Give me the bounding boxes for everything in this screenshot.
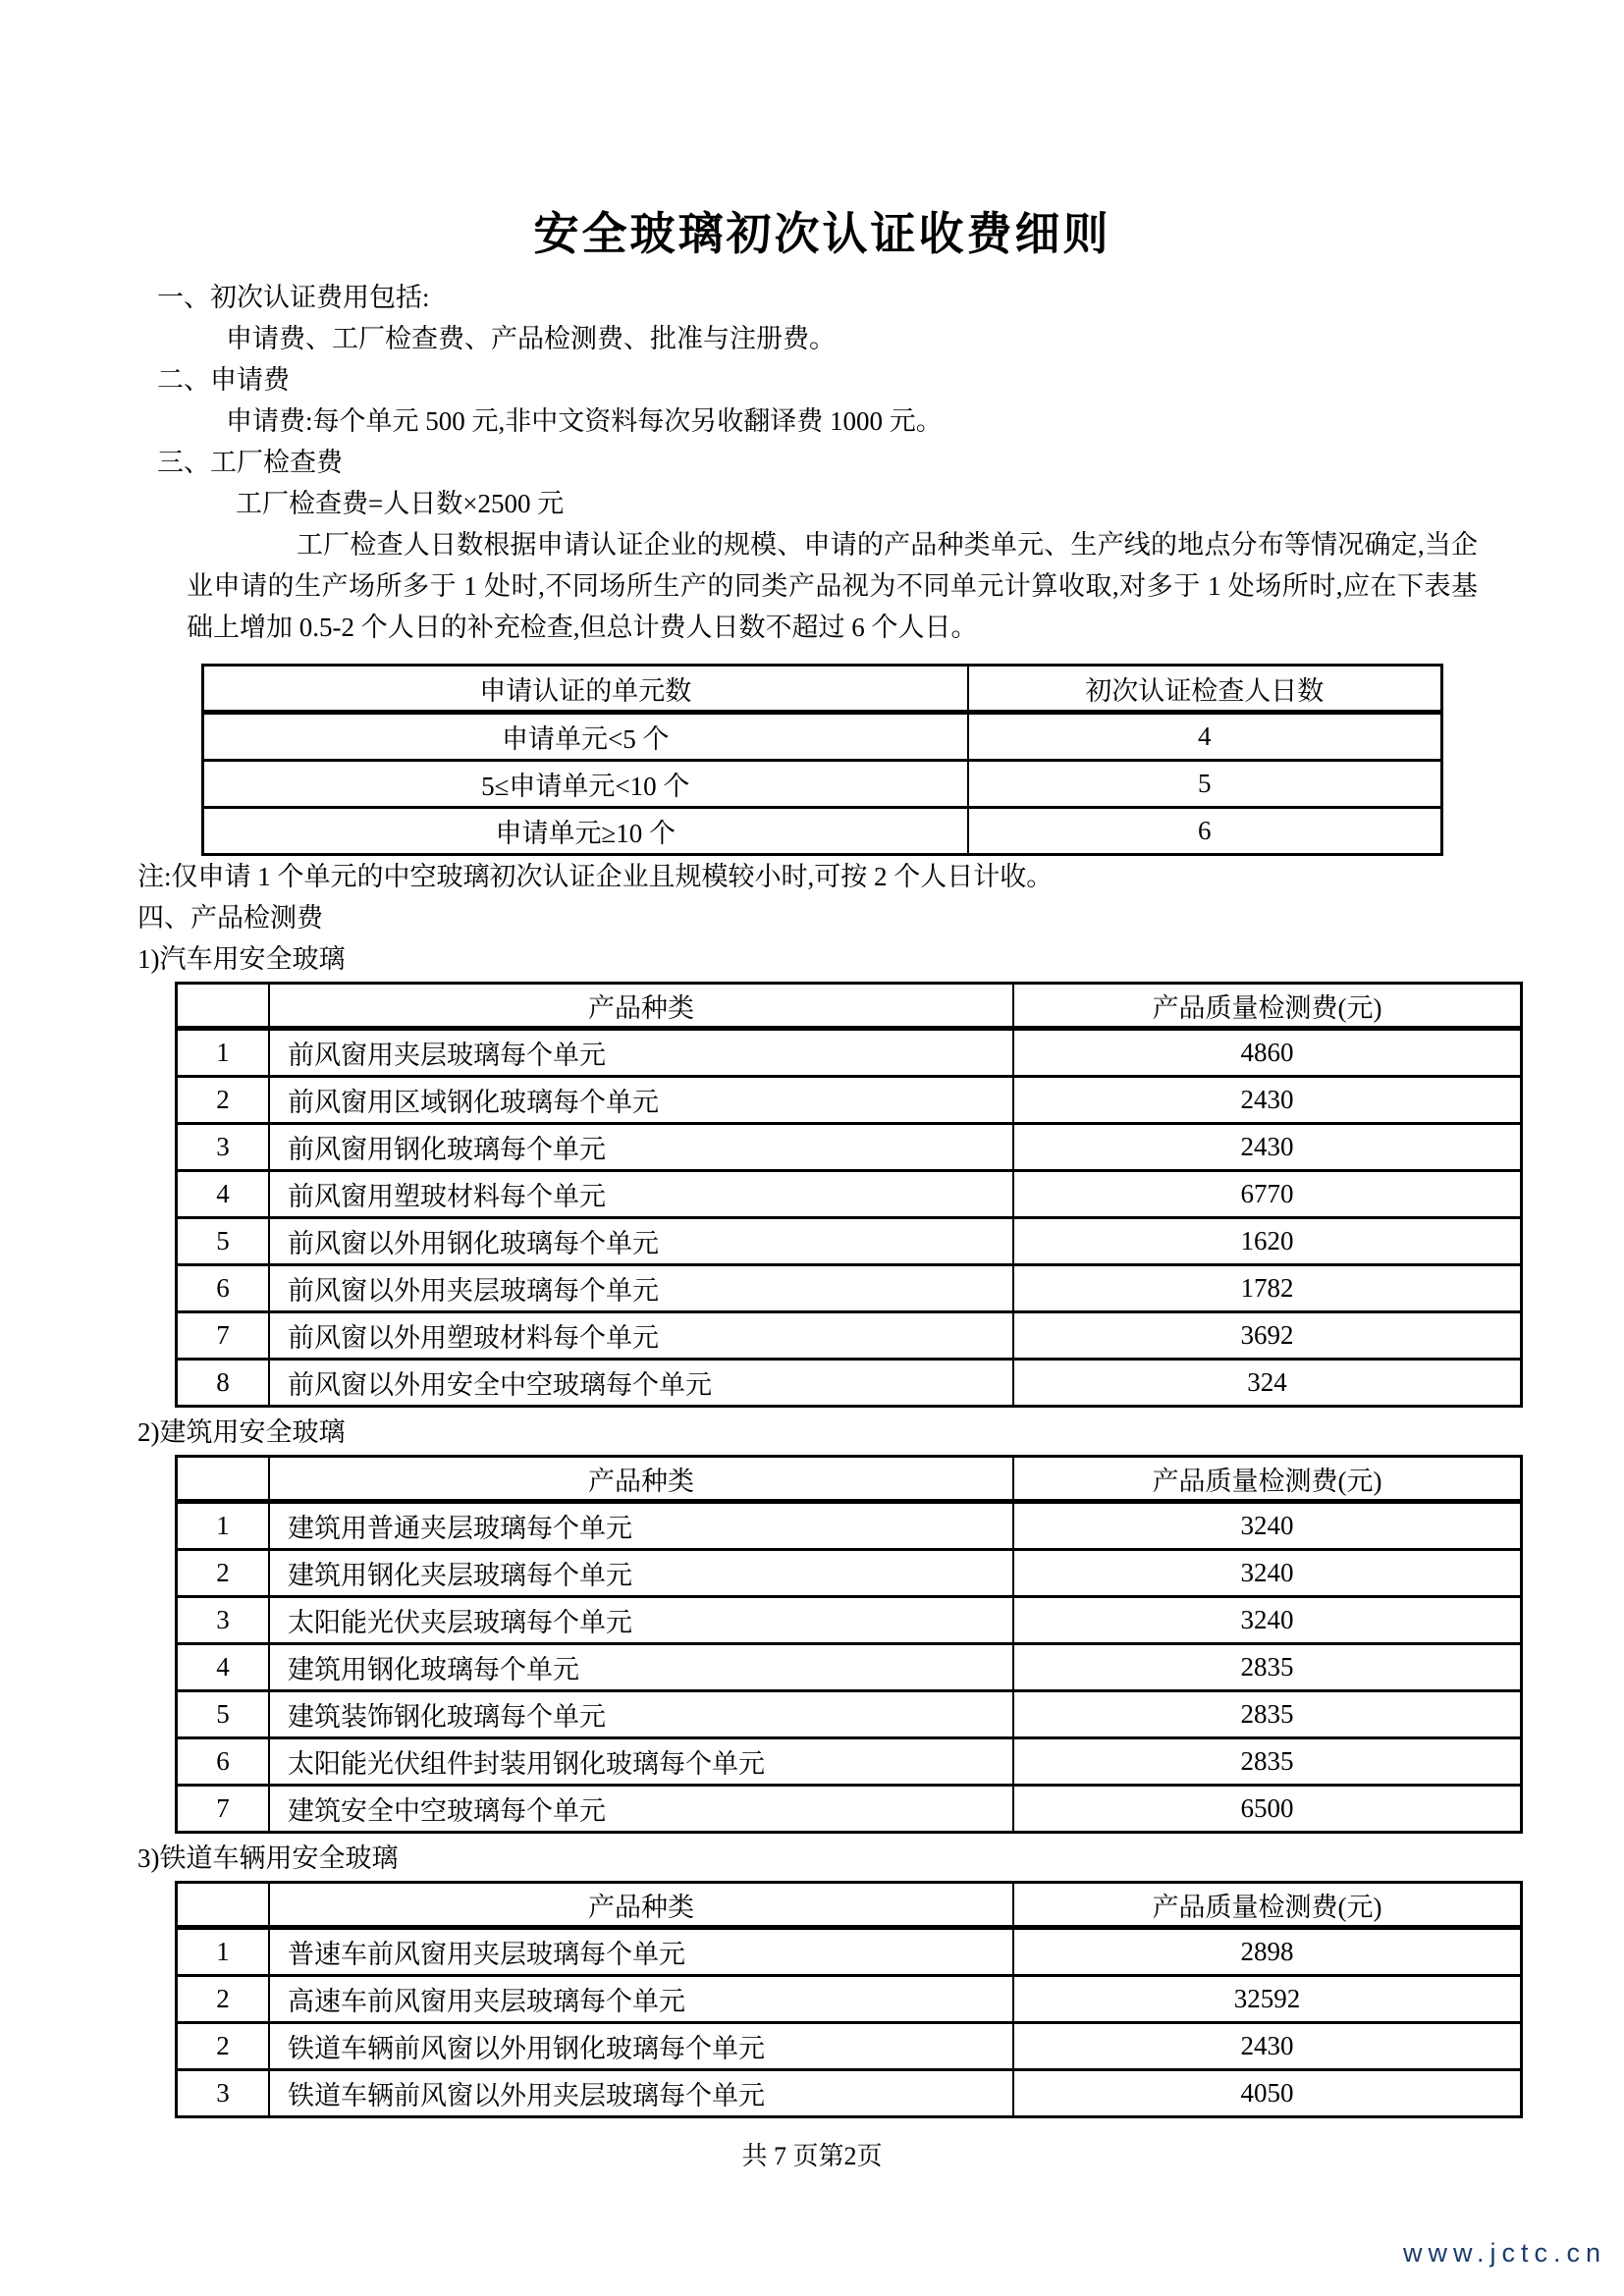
fee-column-header: 产品质量检测费(元) [1013, 1883, 1522, 1928]
table-row: 2 铁道车辆前风窗以外用钢化玻璃每个单元 2430 [177, 2023, 1522, 2070]
fee-cell: 32592 [1013, 1976, 1522, 2023]
table-row: 4 前风窗用塑玻材料每个单元 6770 [177, 1171, 1522, 1218]
row-number-cell: 4 [177, 1171, 270, 1218]
row-number-cell: 8 [177, 1360, 270, 1407]
factory-fee-formula: 工厂检查费=人日数×2500 元 [236, 483, 1478, 524]
table-row: 1 前风窗用夹层玻璃每个单元 4860 [177, 1029, 1522, 1077]
table-row: 2 建筑用钢化夹层玻璃每个单元 3240 [177, 1550, 1522, 1597]
table-row: 2 高速车前风窗用夹层玻璃每个单元 32592 [177, 1976, 1522, 2023]
row-number-cell: 5 [177, 1218, 270, 1265]
table-row: 1 建筑用普通夹层玻璃每个单元 3240 [177, 1502, 1522, 1550]
fee-cell: 2835 [1013, 1644, 1522, 1691]
section-3-heading: 三、工厂检查费 [157, 442, 1478, 483]
fee-cell: 2430 [1013, 1124, 1522, 1171]
row-number-cell: 6 [177, 1265, 270, 1312]
product-column-header: 产品种类 [269, 1457, 1013, 1502]
row-number-cell: 4 [177, 1644, 270, 1691]
table-row: 2 前风窗用区域钢化玻璃每个单元 2430 [177, 1077, 1522, 1124]
table-row: 7 前风窗以外用塑玻材料每个单元 3692 [177, 1312, 1522, 1360]
product-cell: 建筑安全中空玻璃每个单元 [269, 1786, 1013, 1833]
table-row: 8 前风窗以外用安全中空玻璃每个单元 324 [177, 1360, 1522, 1407]
row-number-cell: 1 [177, 1029, 270, 1077]
section-1-heading: 一、初次认证费用包括: [157, 277, 1478, 318]
fee-cell: 2898 [1013, 1928, 1522, 1976]
fee-cell: 2430 [1013, 1077, 1522, 1124]
page-title: 安全玻璃初次认证收费细则 [167, 208, 1478, 259]
fee-cell: 324 [1013, 1360, 1522, 1407]
row-number-cell: 5 [177, 1691, 270, 1738]
website-watermark: www.jctc.cn [1403, 2238, 1606, 2269]
product-cell: 前风窗以外用钢化玻璃每个单元 [269, 1218, 1013, 1265]
row-number-cell: 7 [177, 1312, 270, 1360]
table-row: 5 前风窗以外用钢化玻璃每个单元 1620 [177, 1218, 1522, 1265]
table-header-row: 产品种类 产品质量检测费(元) [177, 1457, 1522, 1502]
row-number-cell: 2 [177, 1550, 270, 1597]
product-cell: 前风窗用区域钢化玻璃每个单元 [269, 1077, 1013, 1124]
row-number-column-header [177, 1883, 270, 1928]
product-cell: 建筑用钢化夹层玻璃每个单元 [269, 1550, 1013, 1597]
fee-cell: 6770 [1013, 1171, 1522, 1218]
subsection-2-heading: 2)建筑用安全玻璃 [137, 1412, 1478, 1453]
auto-glass-fee-table: 产品种类 产品质量检测费(元) 1 前风窗用夹层玻璃每个单元 4860 2 前风… [175, 982, 1523, 1408]
row-number-cell: 3 [177, 1124, 270, 1171]
product-cell: 铁道车辆前风窗以外用夹层玻璃每个单元 [269, 2070, 1013, 2117]
table-row: 申请单元≥10 个 6 [203, 808, 1442, 855]
product-cell: 普速车前风窗用夹层玻璃每个单元 [269, 1928, 1013, 1976]
inspection-days-table: 申请认证的单元数 初次认证检查人日数 申请单元<5 个 4 5≤申请单元<10 … [201, 664, 1443, 856]
row-number-column-header [177, 1457, 270, 1502]
fee-cell: 4860 [1013, 1029, 1522, 1077]
fee-cell: 3240 [1013, 1597, 1522, 1644]
document-page: 安全玻璃初次认证收费细则 一、初次认证费用包括: 申请费、工厂检查费、产品检测费… [0, 0, 1624, 2296]
product-cell: 前风窗用塑玻材料每个单元 [269, 1171, 1013, 1218]
table-header-row: 产品种类 产品质量检测费(元) [177, 1883, 1522, 1928]
days-cell: 4 [968, 713, 1442, 761]
product-cell: 前风窗用夹层玻璃每个单元 [269, 1029, 1013, 1077]
product-cell: 铁道车辆前风窗以外用钢化玻璃每个单元 [269, 2023, 1013, 2070]
product-cell: 太阳能光伏组件封装用钢化玻璃每个单元 [269, 1738, 1013, 1786]
document-content: 安全玻璃初次认证收费细则 一、初次认证费用包括: 申请费、工厂检查费、产品检测费… [0, 0, 1624, 2118]
table-header-row: 产品种类 产品质量检测费(元) [177, 984, 1522, 1029]
units-cell: 申请单元<5 个 [203, 713, 968, 761]
table-row: 6 太阳能光伏组件封装用钢化玻璃每个单元 2835 [177, 1738, 1522, 1786]
row-number-cell: 1 [177, 1928, 270, 1976]
table-row: 3 前风窗用钢化玻璃每个单元 2430 [177, 1124, 1522, 1171]
row-number-cell: 3 [177, 1597, 270, 1644]
fee-cell: 1782 [1013, 1265, 1522, 1312]
fee-cell: 4050 [1013, 2070, 1522, 2117]
section-2-text: 申请费:每个单元 500 元,非中文资料每次另收翻译费 1000 元。 [226, 400, 1478, 442]
row-number-cell: 2 [177, 2023, 270, 2070]
fee-column-header: 产品质量检测费(元) [1013, 1457, 1522, 1502]
note-text: 注:仅申请 1 个单元的中空玻璃初次认证企业且规模较小时,可按 2 个人日计收。 [137, 856, 1478, 897]
fee-cell: 2835 [1013, 1691, 1522, 1738]
product-cell: 建筑用钢化玻璃每个单元 [269, 1644, 1013, 1691]
building-glass-fee-table: 产品种类 产品质量检测费(元) 1 建筑用普通夹层玻璃每个单元 3240 2 建… [175, 1455, 1523, 1834]
units-cell: 申请单元≥10 个 [203, 808, 968, 855]
section-1-text: 申请费、工厂检查费、产品检测费、批准与注册费。 [226, 318, 1478, 359]
product-cell: 高速车前风窗用夹层玻璃每个单元 [269, 1976, 1013, 2023]
product-cell: 前风窗以外用夹层玻璃每个单元 [269, 1265, 1013, 1312]
days-cell: 5 [968, 761, 1442, 808]
fee-cell: 3240 [1013, 1550, 1522, 1597]
railway-glass-fee-table: 产品种类 产品质量检测费(元) 1 普速车前风窗用夹层玻璃每个单元 2898 2… [175, 1881, 1523, 2118]
fee-cell: 3692 [1013, 1312, 1522, 1360]
row-number-cell: 2 [177, 1077, 270, 1124]
subsection-3-heading: 3)铁道车辆用安全玻璃 [137, 1838, 1478, 1879]
units-column-header: 申请认证的单元数 [203, 666, 968, 713]
units-cell: 5≤申请单元<10 个 [203, 761, 968, 808]
table-row: 7 建筑安全中空玻璃每个单元 6500 [177, 1786, 1522, 1833]
product-cell: 建筑装饰钢化玻璃每个单元 [269, 1691, 1013, 1738]
row-number-cell: 6 [177, 1738, 270, 1786]
fee-cell: 2835 [1013, 1738, 1522, 1786]
table-row: 3 铁道车辆前风窗以外用夹层玻璃每个单元 4050 [177, 2070, 1522, 2117]
product-cell: 前风窗以外用塑玻材料每个单元 [269, 1312, 1013, 1360]
row-number-cell: 7 [177, 1786, 270, 1833]
table-header-row: 申请认证的单元数 初次认证检查人日数 [203, 666, 1442, 713]
fee-cell: 6500 [1013, 1786, 1522, 1833]
product-cell: 建筑用普通夹层玻璃每个单元 [269, 1502, 1013, 1550]
product-cell: 太阳能光伏夹层玻璃每个单元 [269, 1597, 1013, 1644]
table-row: 申请单元<5 个 4 [203, 713, 1442, 761]
table-row: 5≤申请单元<10 个 5 [203, 761, 1442, 808]
days-column-header: 初次认证检查人日数 [968, 666, 1442, 713]
row-number-column-header [177, 984, 270, 1029]
page-number-footer: 共 7 页第2页 [0, 2136, 1624, 2172]
fee-cell: 1620 [1013, 1218, 1522, 1265]
factory-inspection-paragraph: 工厂检查人日数根据申请认证企业的规模、申请的产品种类单元、生产线的地点分布等情况… [187, 524, 1478, 648]
product-column-header: 产品种类 [269, 984, 1013, 1029]
row-number-cell: 1 [177, 1502, 270, 1550]
table-row: 3 太阳能光伏夹层玻璃每个单元 3240 [177, 1597, 1522, 1644]
fee-cell: 2430 [1013, 2023, 1522, 2070]
product-column-header: 产品种类 [269, 1883, 1013, 1928]
fee-cell: 3240 [1013, 1502, 1522, 1550]
section-4-heading: 四、产品检测费 [137, 897, 1478, 938]
table-row: 6 前风窗以外用夹层玻璃每个单元 1782 [177, 1265, 1522, 1312]
row-number-cell: 3 [177, 2070, 270, 2117]
section-2-heading: 二、申请费 [157, 359, 1478, 400]
days-cell: 6 [968, 808, 1442, 855]
table-row: 4 建筑用钢化玻璃每个单元 2835 [177, 1644, 1522, 1691]
product-cell: 前风窗用钢化玻璃每个单元 [269, 1124, 1013, 1171]
table-row: 5 建筑装饰钢化玻璃每个单元 2835 [177, 1691, 1522, 1738]
subsection-1-heading: 1)汽车用安全玻璃 [137, 938, 1478, 980]
fee-column-header: 产品质量检测费(元) [1013, 984, 1522, 1029]
row-number-cell: 2 [177, 1976, 270, 2023]
table-row: 1 普速车前风窗用夹层玻璃每个单元 2898 [177, 1928, 1522, 1976]
product-cell: 前风窗以外用安全中空玻璃每个单元 [269, 1360, 1013, 1407]
